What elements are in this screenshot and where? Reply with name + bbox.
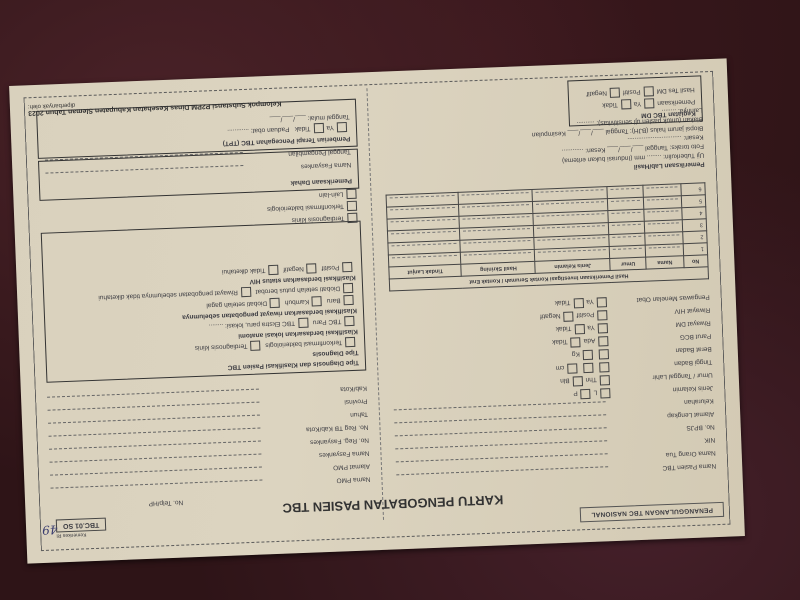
diag-opt-2[interactable]	[347, 201, 357, 211]
card-content-upside-down: PENANGGULANGAN TBC NASIONAL KARTU PENGOB…	[9, 58, 745, 563]
diagnosis-box: Tipe Diagnosis dan Klasifikasi Pasien TB…	[41, 221, 367, 383]
tbc-dm-box: Kegiatan TBC DM PemeriksaanYaTidak Hasil…	[567, 75, 703, 126]
hiv-class-pos[interactable]	[342, 262, 352, 272]
dm-result-pos[interactable]	[643, 86, 653, 96]
diag-opt-1[interactable]	[347, 213, 357, 223]
age-years-box[interactable]	[600, 375, 610, 385]
form-code-box: TBC.01 SO	[56, 518, 107, 533]
weight-box[interactable]	[599, 349, 609, 359]
dx-bacteriological[interactable]	[345, 337, 355, 347]
weight-box-2[interactable]	[583, 350, 593, 360]
sex-l-checkbox[interactable]	[600, 388, 610, 398]
facility-fields: Nama PMO Alamat PMO Nama Fasyankes No. R…	[47, 384, 371, 500]
diag-opt-3[interactable]	[346, 189, 356, 199]
bcg-yes-checkbox[interactable]	[598, 336, 608, 346]
hx-failure[interactable]	[270, 298, 280, 308]
hiv-class-unknown[interactable]	[268, 265, 278, 275]
pmo-no-checkbox[interactable]	[573, 298, 583, 308]
pmo-yes-checkbox[interactable]	[597, 297, 607, 307]
hiv-pos-checkbox[interactable]	[597, 310, 607, 320]
sex-p-checkbox[interactable]	[581, 389, 591, 399]
height-box-3[interactable]	[567, 363, 577, 373]
hiv-class-neg[interactable]	[307, 263, 317, 273]
bcg-no-checkbox[interactable]	[571, 337, 581, 347]
dm-yes-checkbox[interactable]	[598, 323, 608, 333]
dm-no-checkbox[interactable]	[574, 324, 584, 334]
height-box-2[interactable]	[583, 363, 593, 373]
hx-unknown[interactable]	[241, 287, 251, 297]
handwritten-number: 49	[42, 522, 58, 537]
patient-fields: Nama Pasien TBC Nama Orang Tua NIK No. B…	[390, 293, 717, 487]
dm-exam-no[interactable]	[621, 99, 631, 109]
age-months-box[interactable]	[572, 376, 582, 386]
dx-clinical[interactable]	[250, 341, 260, 351]
phone-field-label: No. Telp/HP	[149, 499, 184, 507]
loc-extrapulmonary[interactable]	[298, 318, 308, 328]
hx-ltfu[interactable]	[343, 283, 353, 293]
dm-exam-yes[interactable]	[644, 98, 654, 108]
tb-treatment-card-paper: PENANGGULANGAN TBC NASIONAL KARTU PENGOB…	[9, 58, 745, 563]
tpt-yes[interactable]	[337, 122, 347, 132]
dm-result-neg[interactable]	[610, 88, 620, 98]
hx-new[interactable]	[343, 295, 353, 305]
hx-relapse[interactable]	[312, 296, 322, 306]
height-box[interactable]	[599, 362, 609, 372]
loc-pulmonary[interactable]	[344, 316, 354, 326]
hiv-neg-checkbox[interactable]	[563, 311, 573, 321]
tpt-no[interactable]	[313, 123, 323, 133]
contacts-table: Hasil Pemeriksaan Investigasi Kontak Ser…	[386, 182, 709, 291]
form-code: Kemenkes RI TBC.01 SO	[56, 518, 107, 541]
